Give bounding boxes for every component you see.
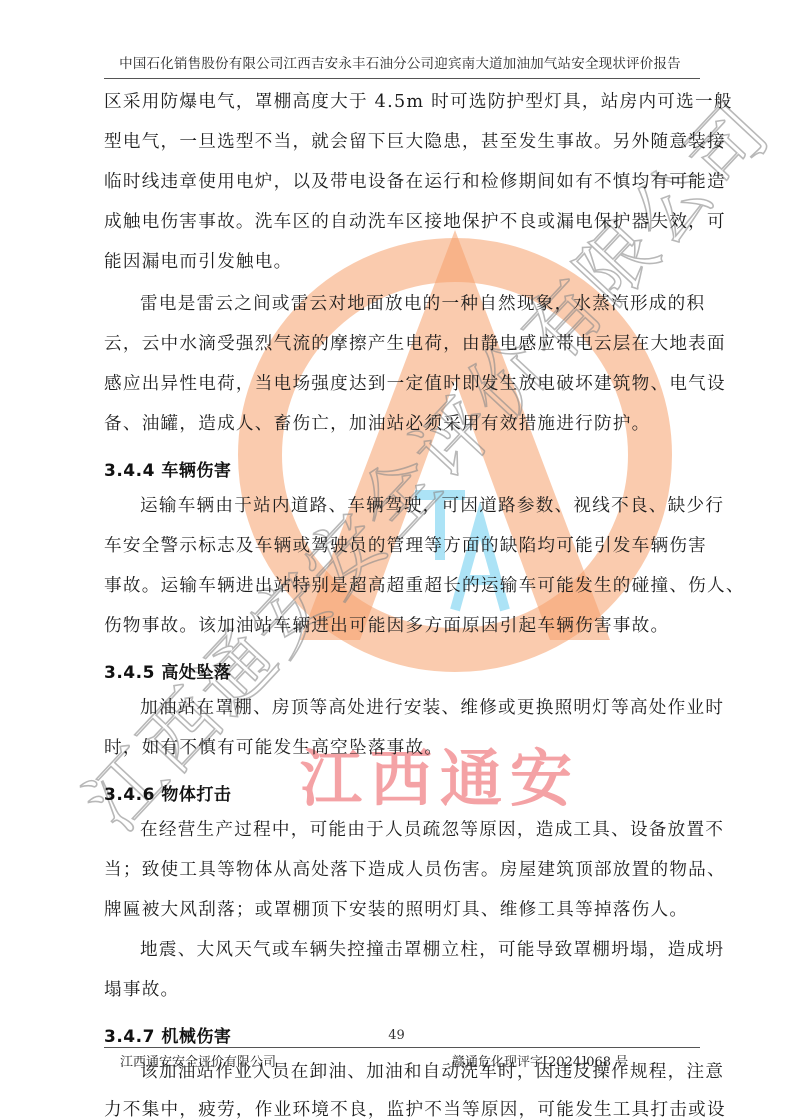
body-line: 运输车辆由于站内道路、车辆驾驶，可因道路参数、视线不良、缺少行 (140, 496, 724, 516)
footer-company: 江西通安安全评价有限公司 (120, 1051, 276, 1070)
body-line: 力不集中，疲劳，作业环境不良，监护不当等原因，可能发生工具打击或设 (104, 1100, 726, 1120)
body-line: 塌事故。 (104, 980, 179, 1000)
body-line: 车安全警示标志及车辆或驾驶员的管理等方面的缺陷均可能引发车辆伤害 (104, 536, 707, 556)
page-number: 49 (0, 1028, 793, 1043)
body-line: 在经营生产过程中，可能由于人员疏忽等原因，造成工具、设备放置不 (140, 820, 724, 840)
section-heading-3-4-5: 3.4.5 高处坠落 (104, 658, 231, 683)
section-heading-3-4-4: 3.4.4 车辆伤害 (104, 456, 231, 481)
footer-document-number: 赣通危化现评字[2024]068 号 (452, 1051, 628, 1070)
body-line: 加油站在罩棚、房顶等高处进行安装、维修或更换照明灯等高处作业时 (140, 698, 724, 718)
body-line: 伤物事故。该加油站车辆进出可能因多方面原因引起车辆伤害事故。 (104, 616, 669, 636)
body-line: 雷电是雷云之间或雷云对地面放电的一种自然现象，水蒸汽形成的积 (140, 294, 705, 314)
body-line: 型电气，一旦选型不当，就会留下巨大隐患，甚至发生事故。另外随意装接 (104, 132, 726, 152)
body-line: 云，云中水滴受强烈气流的摩擦产生电荷，由静电感应带电云层在大地表面 (104, 334, 726, 354)
body-line: 地震、大风天气或车辆失控撞击罩棚立柱，可能导致罩棚坍塌，造成坍 (140, 940, 724, 960)
header-divider (104, 78, 700, 79)
body-line: 牌匾被大风刮落；或罩棚顶下安装的照明灯具、维修工具等掉落伤人。 (104, 900, 688, 920)
body-line: 时，如有不慎有可能发生高空坠落事故。 (104, 738, 443, 758)
body-line: 当；致使工具等物体从高处落下造成人员伤害。房屋建筑顶部放置的物品、 (104, 860, 726, 880)
body-line: 感应出异性电荷，当电场强度达到一定值时即发生放电破坏建筑物、电气设 (104, 374, 726, 394)
report-header-title: 中国石化销售股份有限公司江西吉安永丰石油分公司迎宾南大道加油加气站安全现状评价报… (100, 52, 700, 72)
section-heading-3-4-6: 3.4.6 物体打击 (104, 780, 231, 805)
body-line: 能因漏电而引发触电。 (104, 252, 292, 272)
footer-divider (104, 1047, 700, 1048)
body-line: 临时线违章使用电炉，以及带电设备在运行和检修期间如有不慎均有可能造 (104, 172, 726, 192)
body-line: 成触电伤害事故。洗车区的自动洗车区接地保护不良或漏电保护器失效，可 (104, 212, 726, 232)
document-page: 江西通安 江西通安安全评价有限公司 中国石化销售股份有限公司江西吉安永丰石油分公… (0, 0, 793, 1120)
body-line: 事故。运输车辆进出站特别是超高超重超长的运输车可能发生的碰撞、伤人、 (104, 576, 745, 596)
body-line: 备、油罐，造成人、畜伤亡，加油站必须采用有效措施进行防护。 (104, 414, 650, 434)
body-line: 区采用防爆电气，罩棚高度大于 4.5m 时可选防护型灯具，站房内可选一般 (104, 92, 733, 112)
